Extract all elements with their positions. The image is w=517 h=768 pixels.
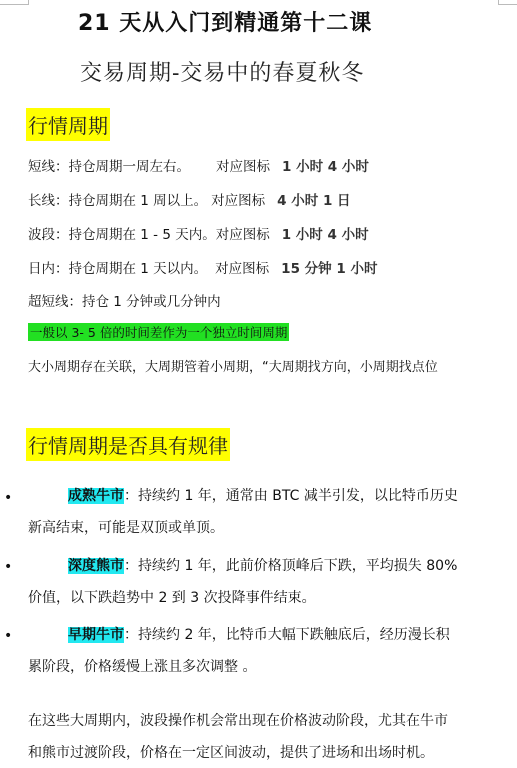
document-subtitle: 交易周期-交易中的春夏秋冬: [80, 56, 364, 87]
bullet-mature-bull: 成熟牛市：持续约 1 年，通常由 BTC 减半引发，以比特币历史新高结束，可能是…: [28, 480, 503, 544]
document-title: 21 天从入门到精通第十二课: [78, 6, 372, 37]
cycle-line-swing: 波段：持仓周期在 1 - 5 天内。对应图标1 小时 4 小时: [28, 223, 369, 243]
timeframes: 1 小时 4 小时: [282, 227, 369, 243]
timeframes: 4 小时 1 日: [277, 193, 350, 209]
chart-label: 对应图标: [216, 159, 270, 175]
cycle-label: 超短线：持仓 1 分钟或几分钟内: [28, 294, 221, 310]
chart-label: 对应图标: [216, 227, 270, 243]
highlighted-note: 一般以 3- 5 倍的时间差作为一个独立时间周期: [28, 323, 289, 341]
cycle-label: 短线：持仓周期一周左右。: [28, 159, 190, 175]
bullet-text: ：持续约 2 年，比特币大幅下跌触底后，经历漫长积: [124, 627, 450, 643]
conclusion-line: 和熊市过渡阶段，价格在一定区间波动，提供了进场和出场时机。: [28, 745, 434, 761]
bullet-icon: •: [4, 559, 12, 575]
chart-label: 对应图标: [215, 261, 269, 277]
term-highlight: 早期牛市: [68, 627, 124, 643]
page-margin-mark-left: [0, 0, 29, 5]
cycle-line-short: 短线：持仓周期一周左右。对应图标1 小时 4 小时: [28, 155, 369, 175]
cycle-line-long: 长线：持仓周期在 1 周以上。对应图标4 小时 1 日: [28, 189, 351, 209]
timeframes: 1 小时 4 小时: [282, 159, 369, 175]
term-highlight: 成熟牛市: [68, 488, 124, 504]
cycle-line-intraday: 日内：持仓周期在 1 天以内。对应图标15 分钟 1 小时: [28, 257, 377, 277]
cycle-label: 日内：持仓周期在 1 天以内。: [28, 261, 207, 277]
cycle-label: 长线：持仓周期在 1 周以上。: [28, 193, 207, 209]
cycle-label: 波段：持仓周期在 1 - 5 天内。: [28, 227, 216, 243]
bullet-text: ：持续约 1 年，通常由 BTC 减半引发，以比特币历史: [124, 488, 458, 504]
bullet-icon: •: [4, 490, 12, 506]
bullet-text: 新高结束，可能是双顶或单顶。: [28, 520, 224, 536]
section-heading-cycle-regularity: 行情周期是否具有规律: [26, 428, 230, 461]
page-margin-mark-right: [498, 0, 517, 5]
chart-label: 对应图标: [211, 193, 265, 209]
cycle-line-scalp: 超短线：持仓 1 分钟或几分钟内: [28, 290, 221, 310]
bullet-deep-bear: 深度熊市：持续约 1 年，此前价格顶峰后下跌，平均损失 80%价值，以下跌趋势中…: [28, 550, 503, 614]
conclusion-paragraph: 在这些大周期内，波段操作机会常出现在价格波动阶段，尤其在牛市和熊市过渡阶段，价格…: [28, 705, 503, 768]
term-highlight: 深度熊市: [68, 558, 124, 574]
cycle-relation-note: 大小周期存在关联，大周期管着小周期，“大周期找方向，小周期找点位: [28, 356, 438, 375]
bullet-icon: •: [4, 628, 12, 644]
timeframes: 15 分钟 1 小时: [281, 261, 377, 277]
bullet-text: ：持续约 1 年，此前价格顶峰后下跌，平均损失 80%: [124, 558, 457, 574]
conclusion-line: 在这些大周期内，波段操作机会常出现在价格波动阶段，尤其在牛市: [28, 713, 448, 729]
bullet-text: 累阶段，价格缓慢上涨且多次调整 。: [28, 659, 256, 675]
bullet-early-bull: 早期牛市：持续约 2 年，比特币大幅下跌触底后，经历漫长积累阶段，价格缓慢上涨且…: [28, 619, 503, 683]
section-heading-market-cycle: 行情周期: [26, 108, 110, 141]
bullet-text: 价值，以下跌趋势中 2 到 3 次投降事件结束。: [28, 590, 316, 606]
